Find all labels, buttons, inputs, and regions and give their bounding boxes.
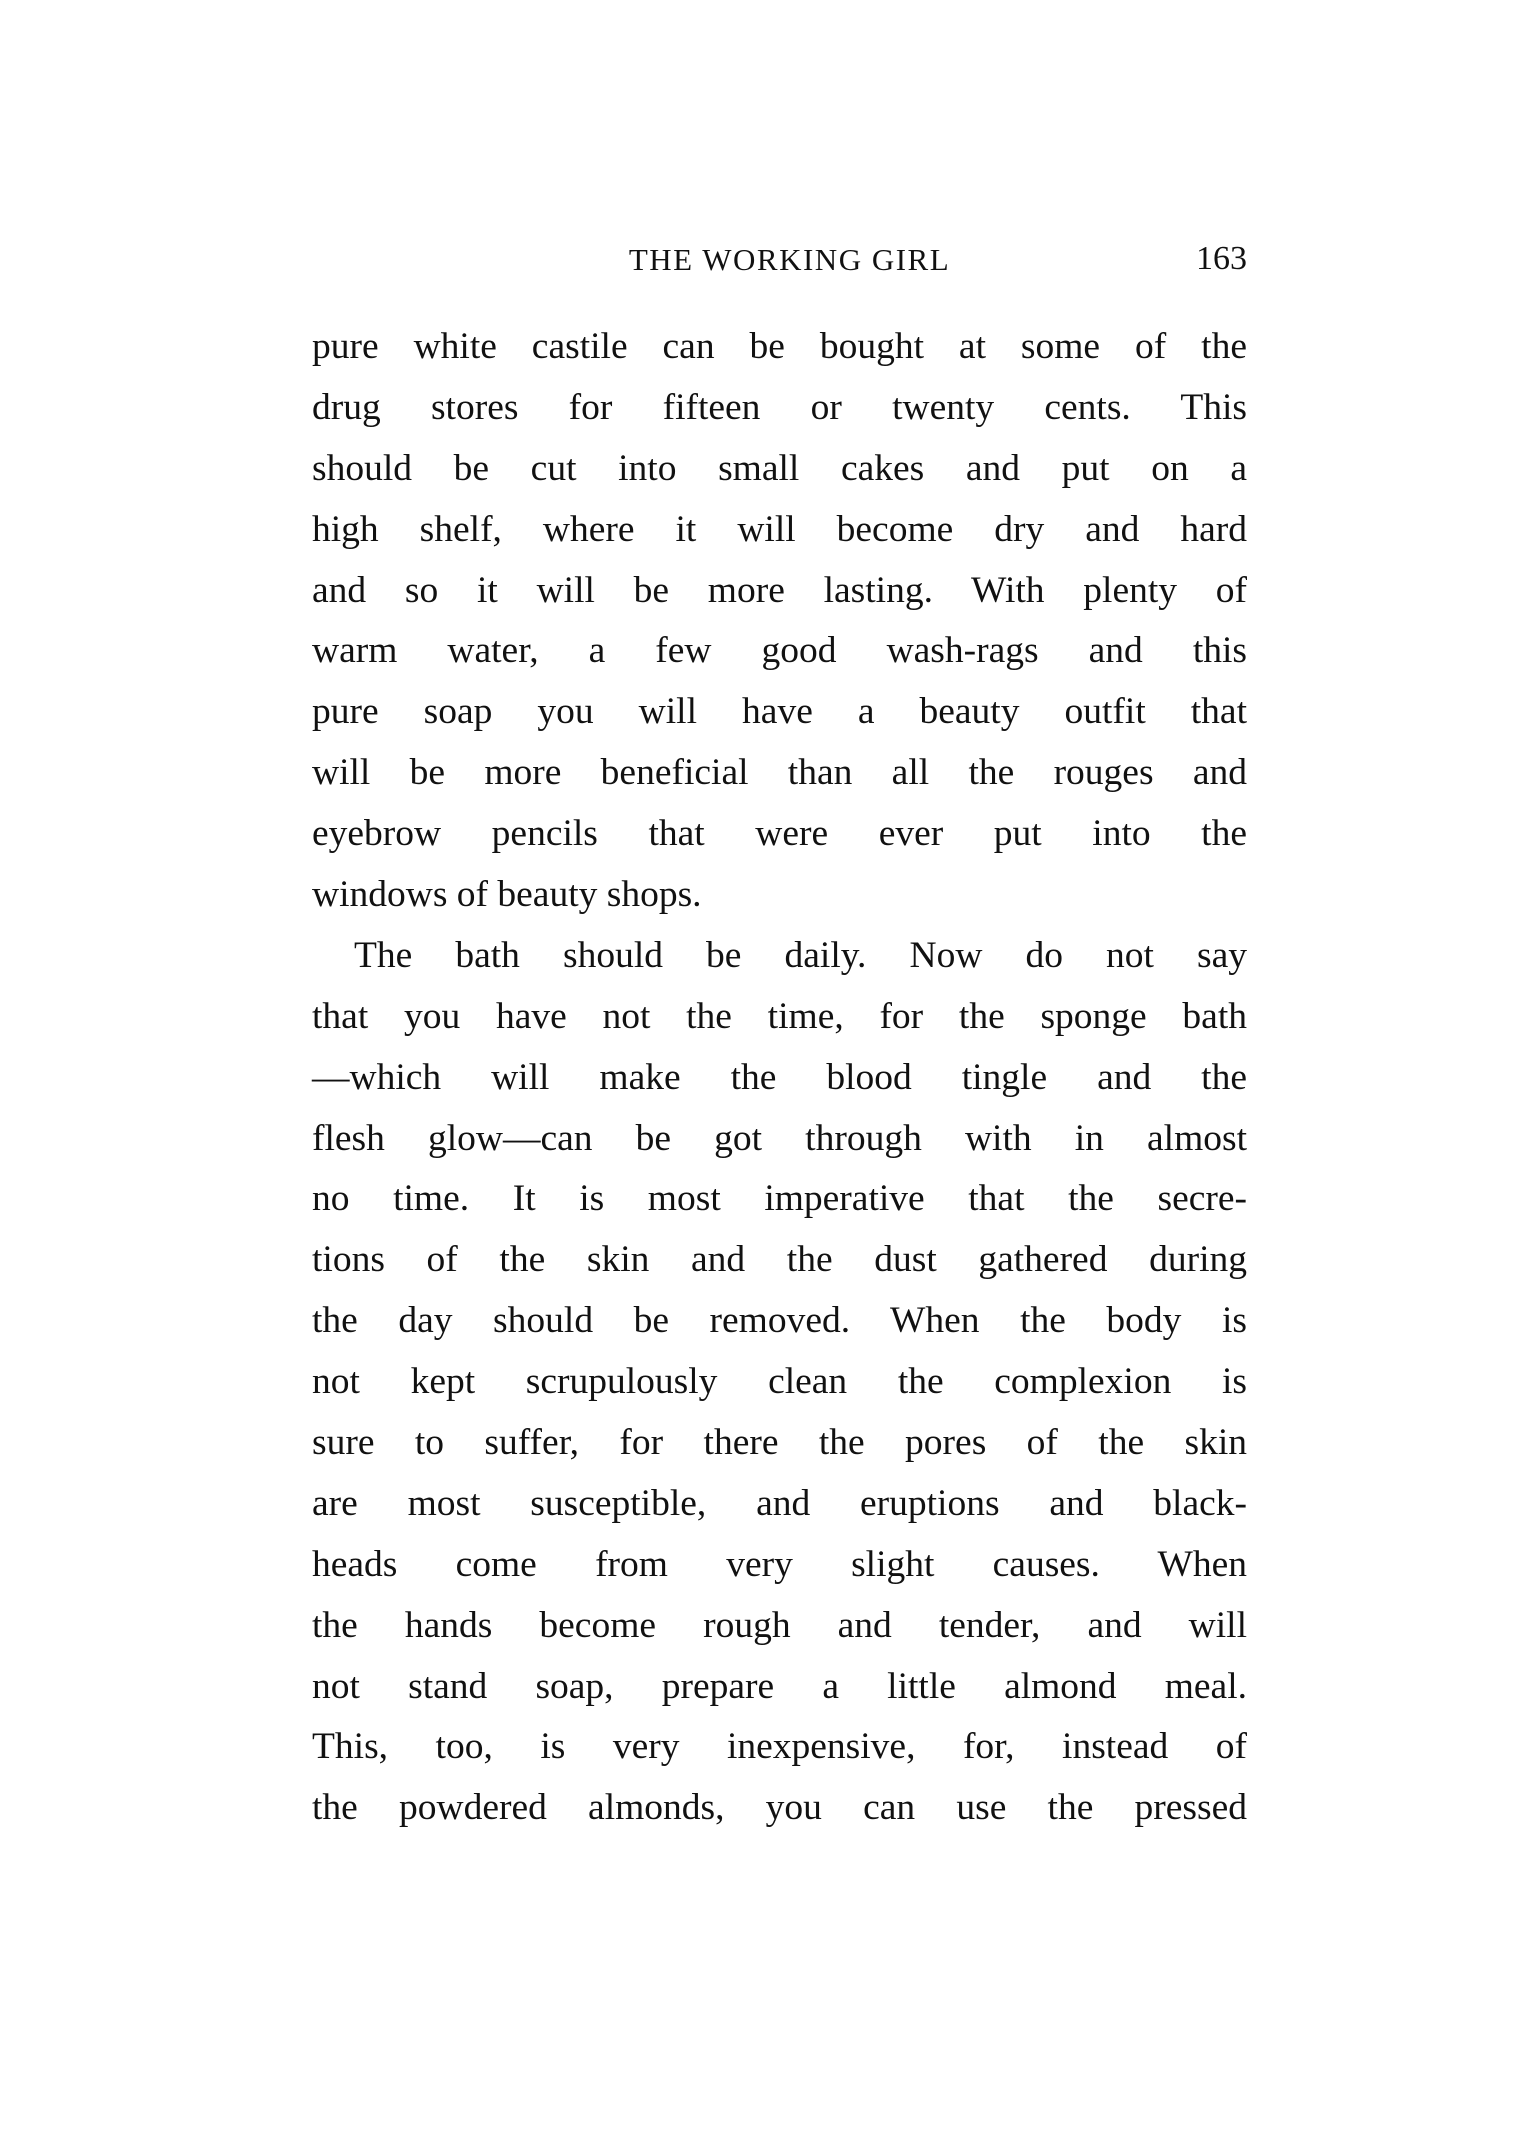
text-line: high shelf, where it will become dry and…	[312, 502, 1247, 563]
text-line: that you have not the time, for the spon…	[312, 989, 1247, 1050]
text-line: warm water, a few good wash-rags and thi…	[312, 623, 1247, 684]
text-line: the powdered almonds, you can use the pr…	[312, 1780, 1247, 1841]
text-line: are most susceptible, and eruptions and …	[312, 1476, 1247, 1537]
text-line: heads come from very slight causes. When	[312, 1537, 1247, 1598]
text-line: should be cut into small cakes and put o…	[312, 441, 1247, 502]
text-line: and so it will be more lasting. With ple…	[312, 563, 1247, 624]
paragraph-1: pure white castile can be bought at some…	[312, 319, 1247, 928]
text-line: —which will make the blood tingle and th…	[312, 1050, 1247, 1111]
text-line: pure soap you will have a beauty outfit …	[312, 684, 1247, 745]
running-head-title: THE WORKING GIRL	[312, 242, 1247, 278]
text-line: windows of beauty shops.	[312, 867, 1247, 928]
body-text: pure white castile can be bought at some…	[312, 319, 1247, 1841]
text-line: flesh glow—can be got through with in al…	[312, 1111, 1247, 1172]
text-line: This, too, is very inexpensive, for, ins…	[312, 1719, 1247, 1780]
text-line: not kept scrupulously clean the complexi…	[312, 1354, 1247, 1415]
text-line: pure white castile can be bought at some…	[312, 319, 1247, 380]
text-line: tions of the skin and the dust gathered …	[312, 1232, 1247, 1293]
running-head: THE WORKING GIRL 163	[312, 238, 1247, 288]
text-line: The bath should be daily. Now do not say	[312, 928, 1247, 989]
text-line: will be more beneficial than all the rou…	[312, 745, 1247, 806]
text-line: not stand soap, prepare a little almond …	[312, 1659, 1247, 1720]
text-line: eyebrow pencils that were ever put into …	[312, 806, 1247, 867]
text-line: no time. It is most imperative that the …	[312, 1171, 1247, 1232]
text-line: drug stores for fifteen or twenty cents.…	[312, 380, 1247, 441]
text-line: sure to suffer, for there the pores of t…	[312, 1415, 1247, 1476]
text-line: the day should be removed. When the body…	[312, 1293, 1247, 1354]
paragraph-2: The bath should be daily. Now do not say…	[312, 928, 1247, 1841]
page-number: 163	[1196, 240, 1247, 278]
text-line: the hands become rough and tender, and w…	[312, 1598, 1247, 1659]
